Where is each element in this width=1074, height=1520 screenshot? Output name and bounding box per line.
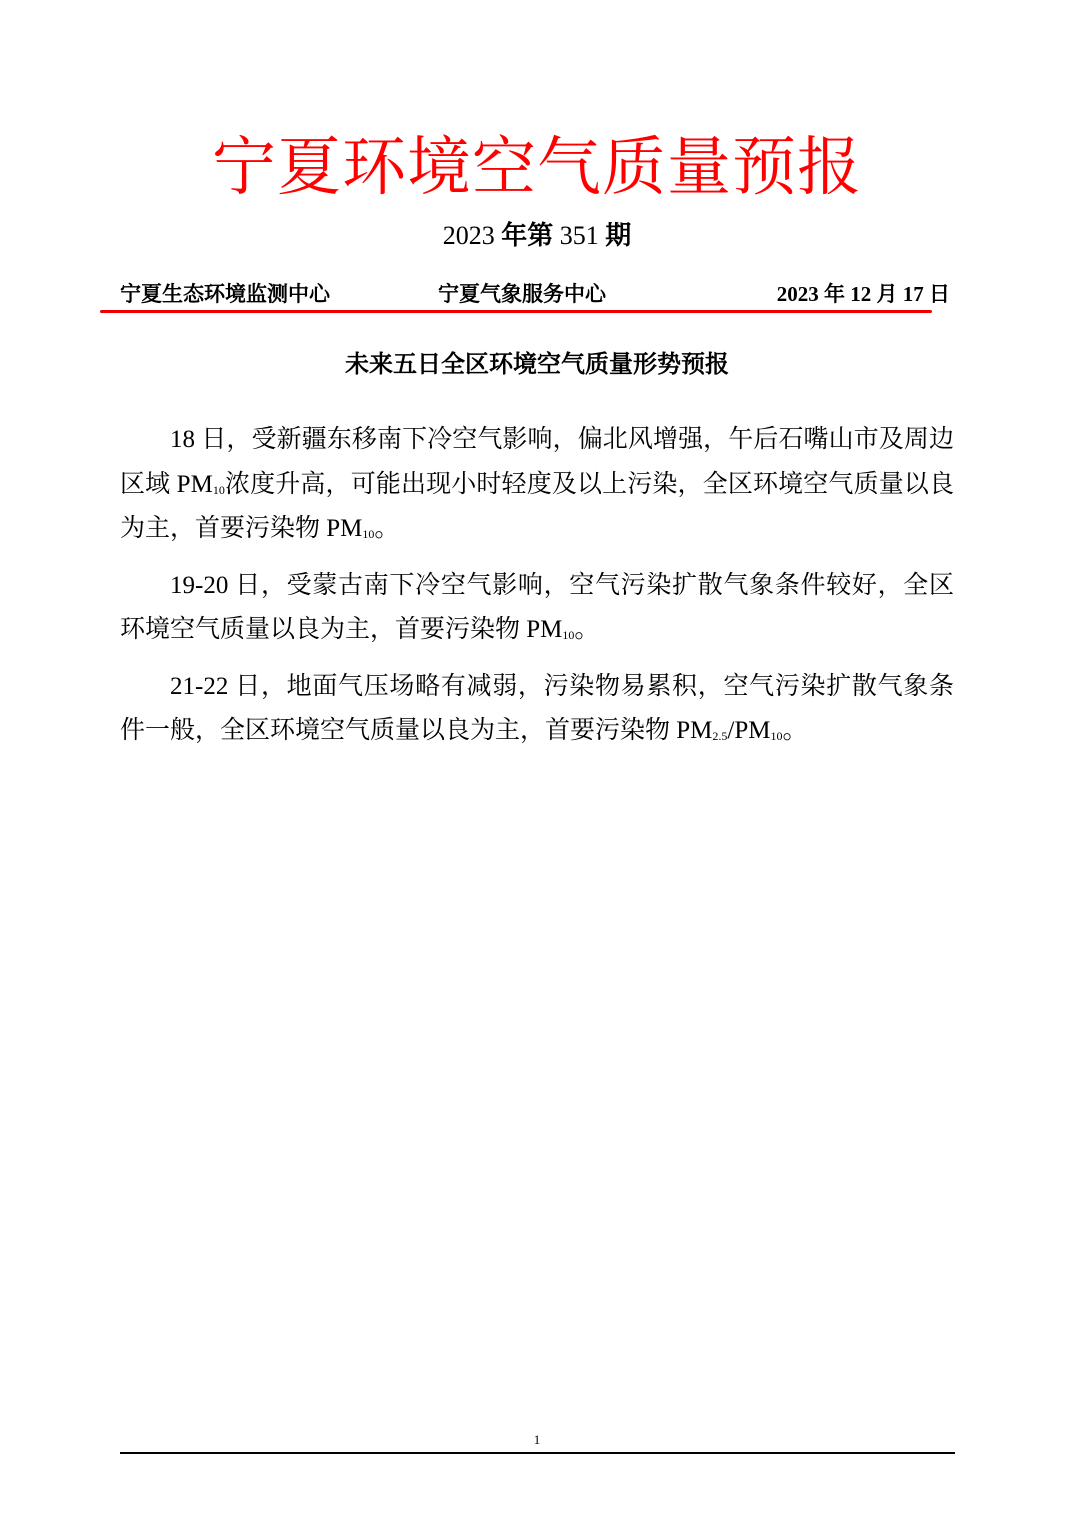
issuer-org-meteorology: 宁夏气象服务中心 [438,278,606,310]
section-title: 未来五日全区环境空气质量形势预报 [0,346,1074,382]
page-number: 1 [0,1432,1074,1448]
issuer-org-monitoring: 宁夏生态环境监测中心 [120,278,330,310]
issuer-header: 宁夏生态环境监测中心 宁夏气象服务中心 2023 年 12 月 17 日 [120,278,950,310]
forecast-body: 18 日，受新疆东移南下冷空气影响，偏北风增强，午后石嘴山市及周边区域 PM10… [120,418,954,766]
issue-num: 351 [560,221,599,250]
document-title: 宁夏环境空气质量预报 [0,128,1074,208]
issue-number: 2023 年第 351 期 [0,218,1074,254]
issue-year: 2023 [443,221,495,250]
issue-num-suffix: 期 [599,221,632,250]
forecast-paragraph-18: 18 日，受新疆东移南下冷空气影响，偏北风增强，午后石嘴山市及周边区域 PM10… [120,418,954,552]
footer-divider [120,1452,955,1454]
forecast-paragraph-19-20: 19-20 日，受蒙古南下冷空气影响，空气污染扩散气象条件较好，全区环境空气质量… [120,564,954,653]
header-divider [100,310,932,313]
issue-year-suffix: 年第 [495,221,560,250]
forecast-paragraph-21-22: 21-22 日，地面气压场略有减弱，污染物易累积，空气污染扩散气象条件一般，全区… [120,665,954,754]
issue-date: 2023 年 12 月 17 日 [777,278,950,310]
